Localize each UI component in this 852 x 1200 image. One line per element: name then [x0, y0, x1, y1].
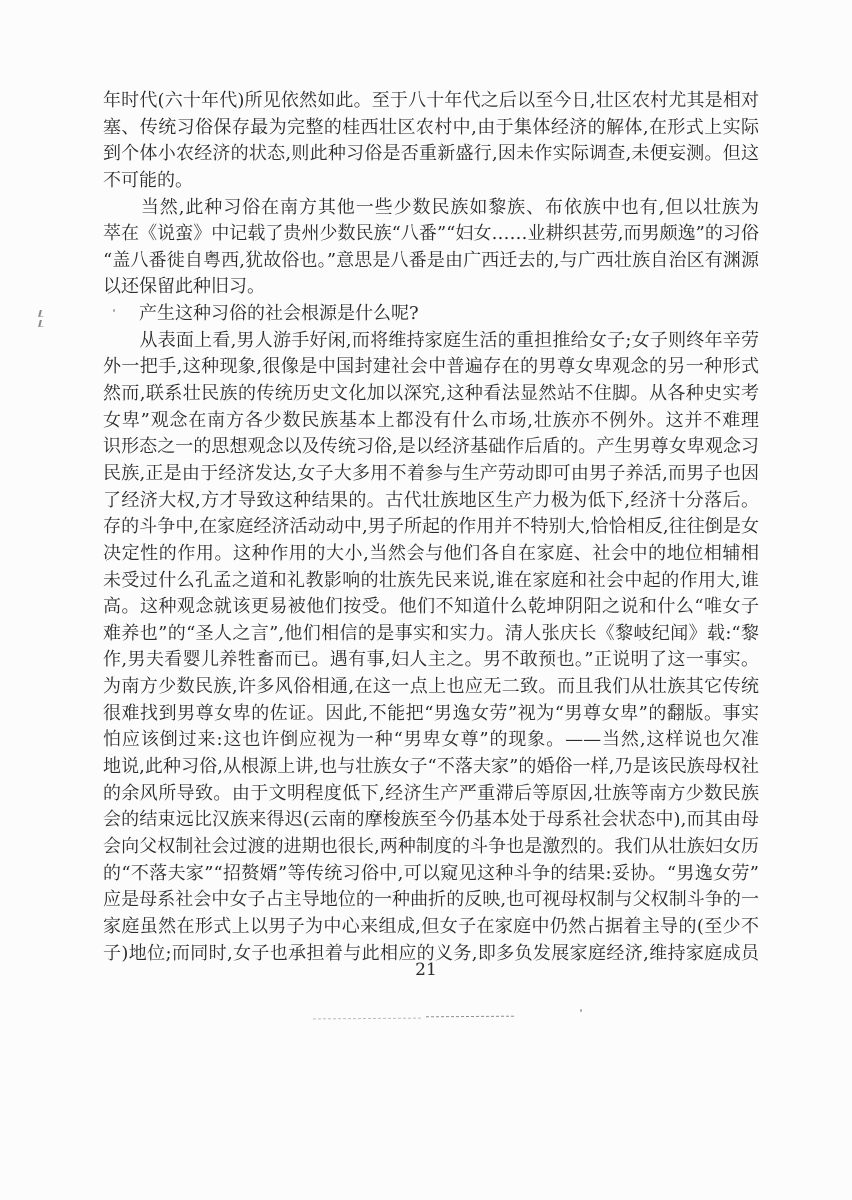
margin-smudge-artifact — [39, 310, 49, 330]
text-line: 的“不落夫家”“招赘婿”等传统习俗中,可以窥见这种斗争的结果:妥协。“男逸女劳”… — [103, 861, 759, 888]
text-line: 的余风所导致。由于文明程度低下,经济生产严重滞后等原因,壮族等南方少数民族的母系… — [103, 781, 759, 808]
scan-scratch-artifact — [426, 1016, 514, 1018]
text-line: 识形态之一的思想观念以及传统习俗,是以经济基础作后盾的。产生男尊女卑观念习俗的汉 — [103, 434, 759, 461]
text-line: 不可能的。 — [103, 168, 759, 195]
text-line: 到个体小农经济的状态,则此种习俗是否重新盛行,因未作实际调查,未便妄测。但这并不… — [103, 141, 759, 168]
text-line: 家庭虽然在形式上以男子为中心来组成,但女子在家庭中仍然占据着主导的(至少不低于男 — [103, 914, 759, 941]
text-line: 当然,此种习俗在南方其他一些少数民族如黎族、布依族中也有,但以壮族为甚。清人檀 — [103, 195, 759, 222]
text-line: 决定性的作用。这种作用的大小,当然会与他们各自在家庭、社会中的地位相辅相成。对于… — [103, 541, 759, 568]
text-line: 存的斗争中,在家庭经济活动动中,男子所起的作用并不特别大,恰恰相反,往往倒是女子… — [103, 514, 759, 541]
text-line: “盖八番徙自粤西,犹故俗也。”意思是八番是由广西迁去的,与广西壮族自治区有渊源关… — [103, 248, 759, 275]
text-line: 女卑”观念在南方各少数民族基本上都没有什么市场,壮族亦不例外。这并不难理解。作为… — [103, 408, 759, 435]
scan-scratch-artifact — [313, 1018, 421, 1020]
ink-dot-artifact — [580, 1009, 582, 1012]
text-line: 年时代(六十年代)所见依然如此。至于八十年代之后以至今日,壮区农村尤其是相对较为… — [103, 88, 759, 115]
page-text-block: 年时代(六十年代)所见依然如此。至于八十年代之后以至今日,壮区农村尤其是相对较为… — [103, 88, 759, 967]
text-line: 以还保留此种旧习。 — [103, 274, 759, 301]
text-line: 地说,此种习俗,从根源上讲,也与壮族女子“不落夫家”的婚俗一样,乃是该民族母权社… — [103, 754, 759, 781]
text-line: 塞、传统习俗保存最为完整的桂西壮区农村中,由于集体经济的解体,在形式上实际已重新… — [103, 115, 759, 142]
text-line: 然而,联系壮民族的传统历史文化加以深究,这种看法显然站不住脚。从各种史实考察,“… — [103, 381, 759, 408]
text-line: 会向父权制社会过渡的进期也很长,两种制度的斗争也是激烈的。我们从壮族妇女历史悠久 — [103, 834, 759, 861]
text-line: 作,男夫看婴儿养牲畜而已。遇有事,妇人主之。男不敢预也。”正说明了这一事实。黎、… — [103, 647, 759, 674]
text-line: 难养也”的“圣人之言”,他们相信的是事实和实力。清人张庆长《黎岐纪闻》载:“黎妇… — [103, 621, 759, 648]
scanned-page: 年时代(六十年代)所见依然如此。至于八十年代之后以至今日,壮区农村尤其是相对较为… — [0, 0, 852, 1200]
text-line: 民族,正是由于经济发达,女子大多用不着参与生产劳动即可由男子养活,而男子也因此掌… — [103, 461, 759, 488]
text-line: 产生这种习俗的社会根源是什么呢? — [103, 301, 759, 328]
text-line: 未受过什么孔孟之道和礼教影响的壮族先民来说,谁在家庭和社会中起的作用大,谁的地位… — [103, 568, 759, 595]
text-line: 应是母系社会中女子占主导地位的一种曲折的反映,也可视母权制与父权制斗争的一种妥协… — [103, 887, 759, 914]
text-line: 高。这种观念就该更易被他们按受。他们不知道什么乾坤阴阳之说和什么“唯女子与小人为 — [103, 594, 759, 621]
text-line: 会的结束远比汉族来得迟(云南的摩梭族至今仍基本处于母系社会状态中),而其由母权制… — [103, 807, 759, 834]
text-line: 外一把手,这种现象,很像是中国封建社会中普遍存在的男尊女卑观念的另一种形式的表现… — [103, 354, 759, 381]
text-line: 从表面上看,男人游手好闲,而将维持家庭生活的重担推给女子;女子则终年辛劳里里外 — [103, 328, 759, 355]
page-number: 21 — [0, 960, 852, 980]
text-line: 了经济大权,方才导致这种结果的。古代壮族地区生产力极为低下,经济十分落后。在维持… — [103, 488, 759, 515]
text-line: 为南方少数民族,许多风俗相通,在这一点上也应无二致。而且我们从壮族其它传统习俗中… — [103, 674, 759, 701]
text-line: 怕应该倒过来:这也许倒应视为一种“男卑女尊”的现象。——当然,这样说也欠准确。更… — [103, 727, 759, 754]
text-line: 很难找到男尊女卑的佐证。因此,不能把“男逸女劳”视为“男尊女卑”的翻版。事实上,… — [103, 701, 759, 728]
text-line: 萃在《说蛮》中记载了贵州少数民族“八番”“妇女……业耕织甚劳,而男颇逸”的习俗后… — [103, 221, 759, 248]
